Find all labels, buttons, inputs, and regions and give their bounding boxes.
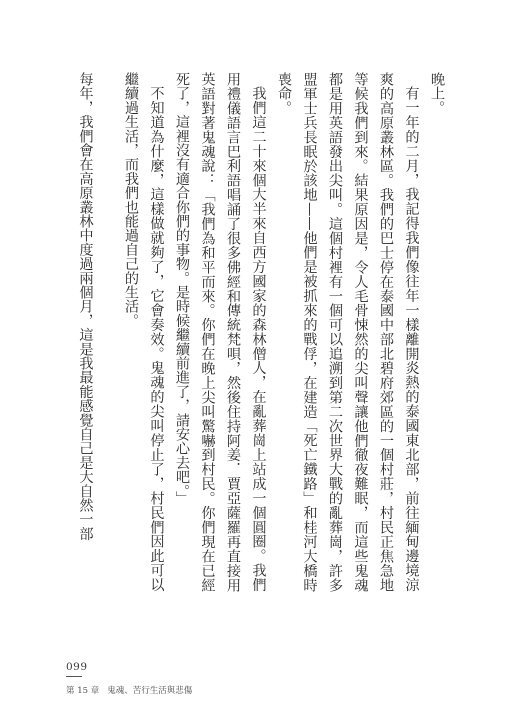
paragraph-4: 不知道為什麼，這樣做就夠了，它會奏效。鬼魂的尖叫停止了，村民們因此可以繼續過生活… — [118, 72, 169, 592]
paragraph-2: 有一年的二月，我記得我們像往年一樣離開炎熱的泰國東北部，前往緬甸邊境涼爽的高原叢… — [271, 72, 424, 592]
page-number: 099 — [66, 661, 88, 675]
page-footer: 099 第 15 章鬼魂、苦行生活與悲傷 — [66, 655, 192, 696]
paragraph-1: 晚上。 — [424, 72, 450, 592]
chapter-number: 第 15 章 — [66, 686, 99, 696]
page-number-rule — [66, 676, 82, 677]
chapter-title: 鬼魂、苦行生活與悲傷 — [107, 686, 192, 696]
running-footer: 第 15 章鬼魂、苦行生活與悲傷 — [66, 684, 192, 696]
book-page: 晚上。 有一年的二月，我記得我們像往年一樣離開炎熱的泰國東北部，前往緬甸邊境涼爽… — [0, 0, 515, 724]
vertical-body-text: 晚上。 有一年的二月，我記得我們像往年一樣離開炎熱的泰國東北部，前往緬甸邊境涼爽… — [49, 72, 449, 592]
paragraph-3: 我們這二十來個大半來自西方國家的森林僧人，在亂葬崗上站成一個圓圈。我們用禮儀語言… — [169, 72, 271, 592]
paragraph-5: 每年，我們會在高原叢林中度過兩個月，這是我最能感覺自己是大自然一部 — [72, 72, 98, 592]
